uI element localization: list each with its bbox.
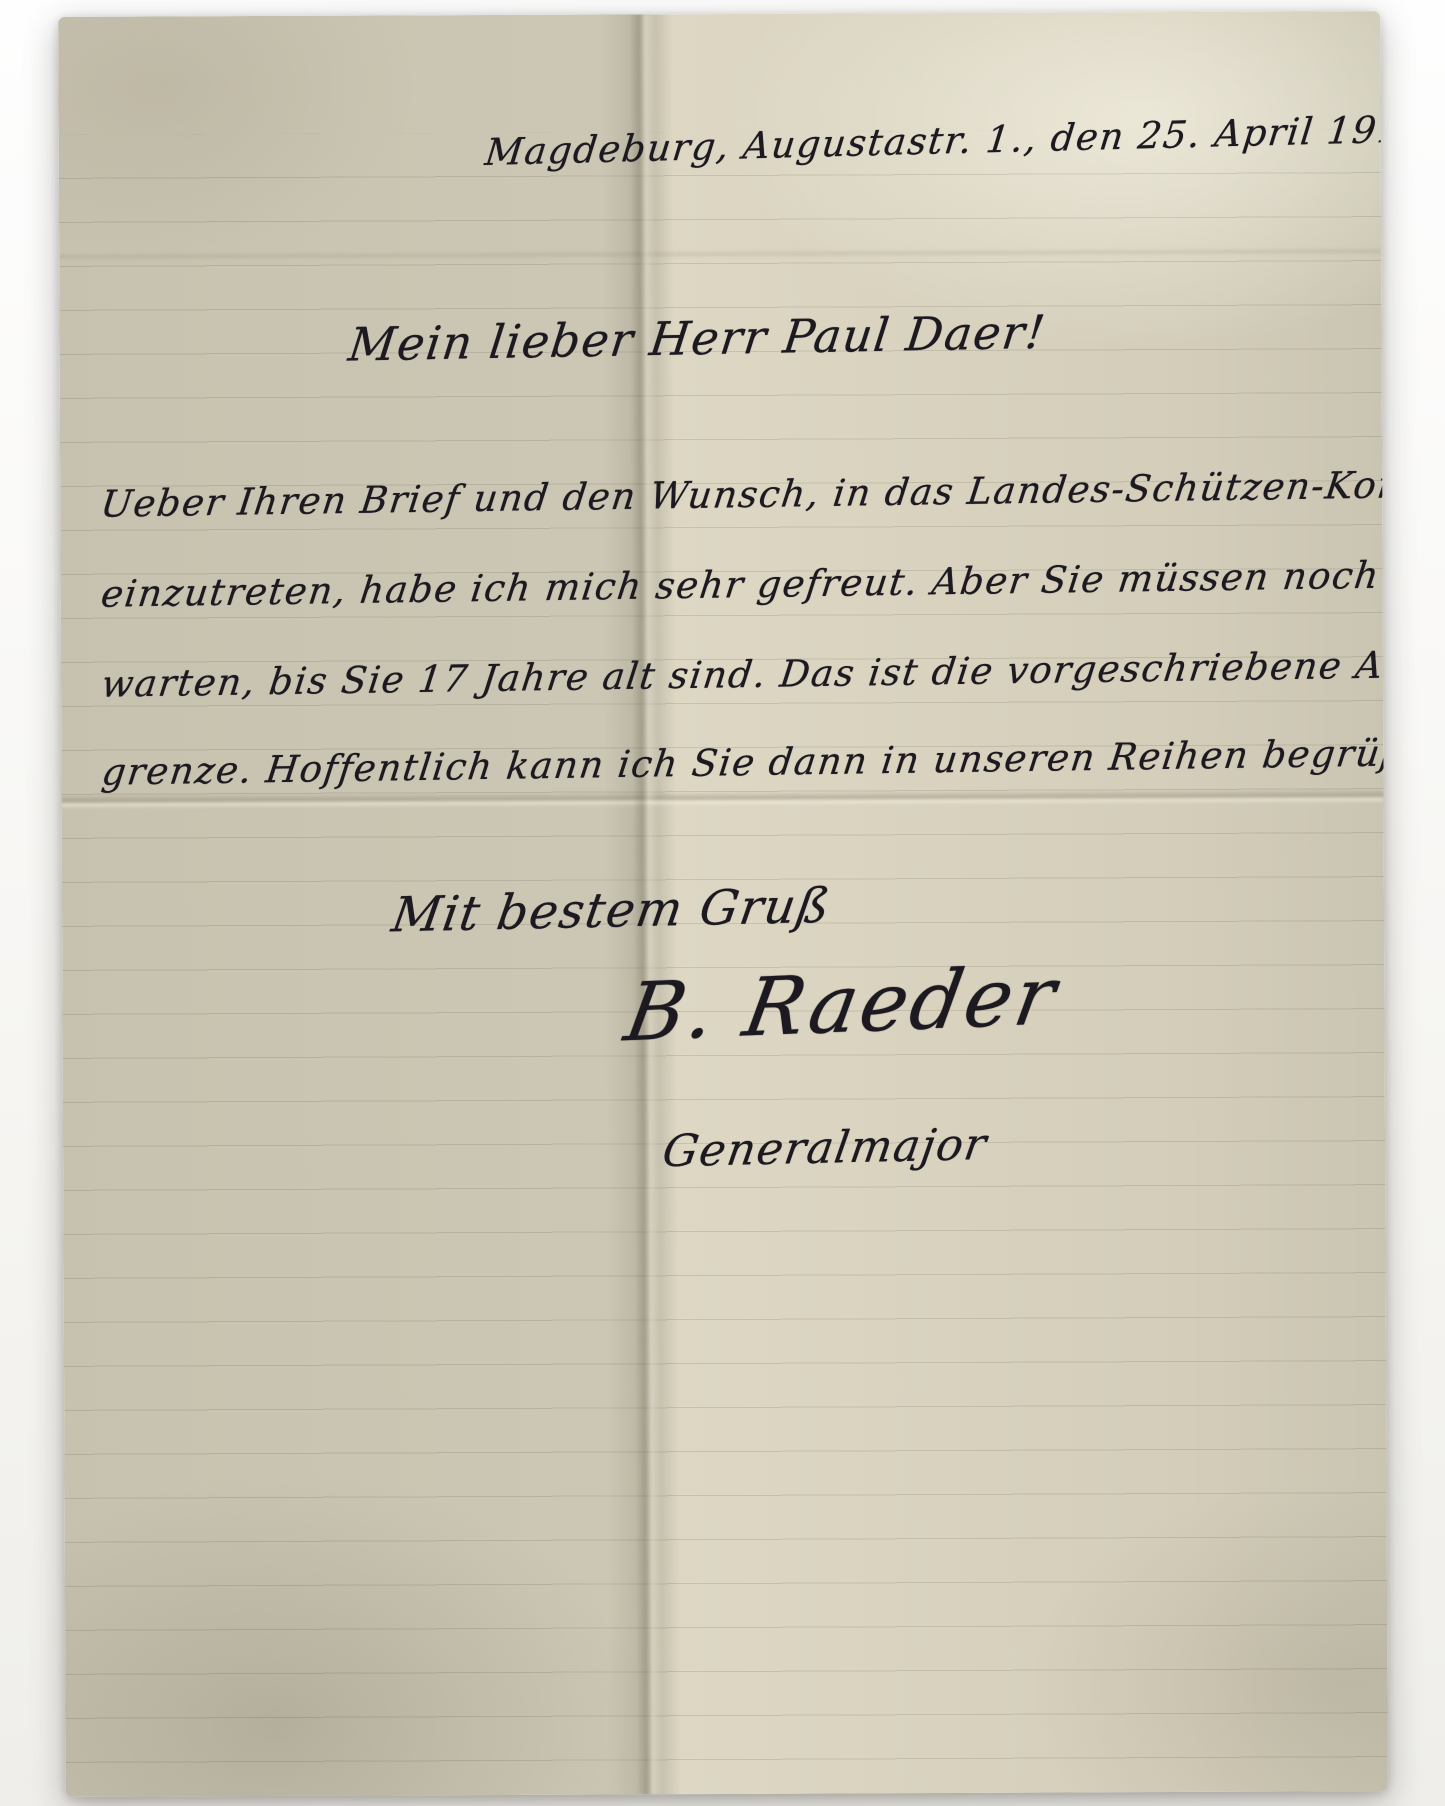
letter-paper: Magdeburg, Augustastr. 1., den 25. April…: [58, 11, 1388, 1797]
signature: B. Raeder: [619, 949, 1065, 1060]
closing: Mit bestem Gruß: [388, 878, 835, 944]
signature-title: Generalmajor: [659, 1119, 991, 1177]
photo-background: Magdeburg, Augustastr. 1., den 25. April…: [0, 0, 1445, 1806]
